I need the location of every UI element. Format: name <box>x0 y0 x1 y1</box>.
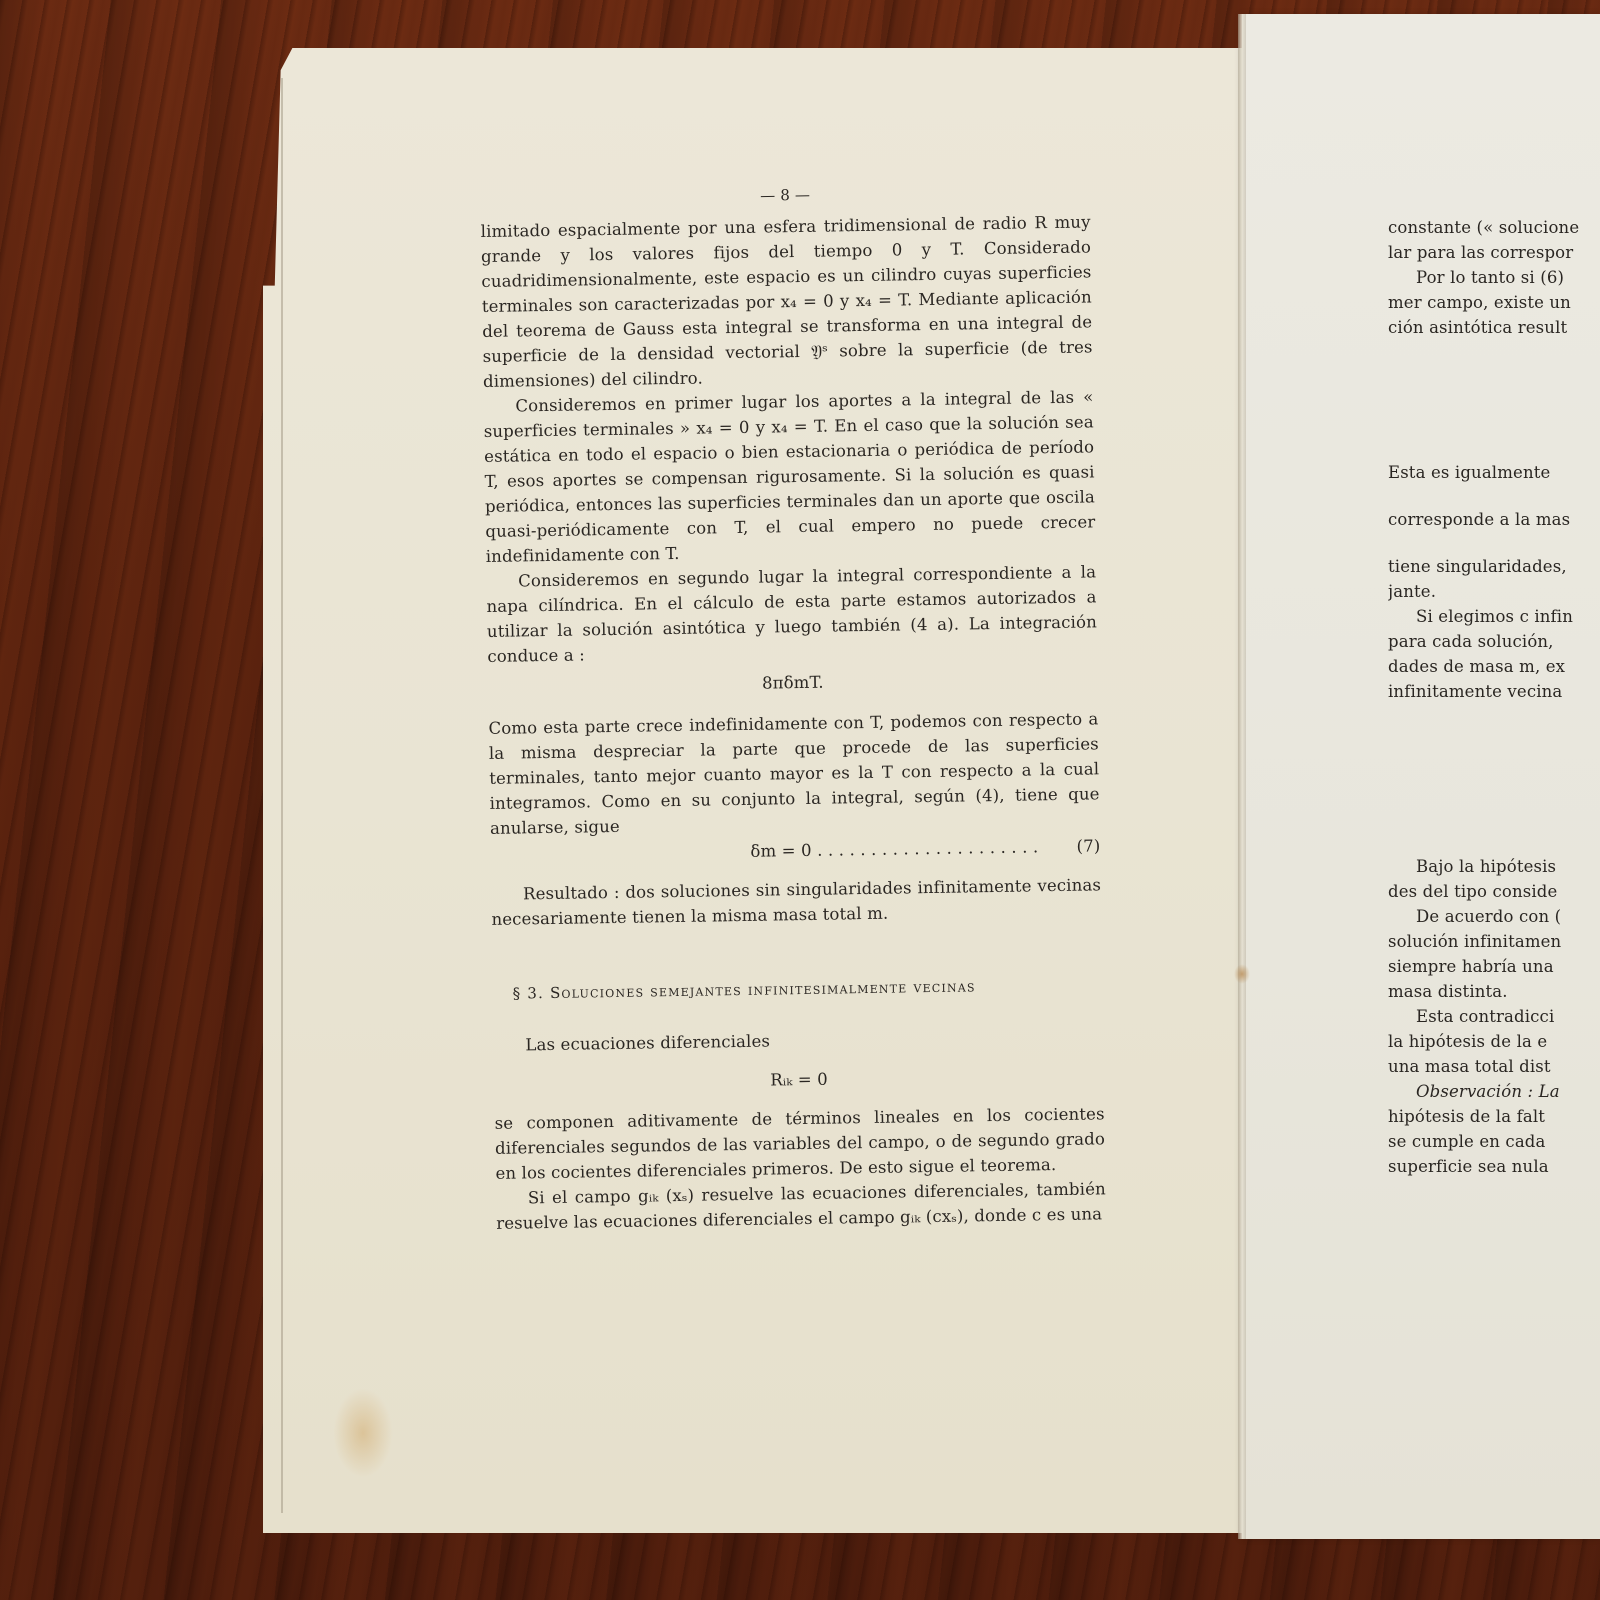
equation-7-number: (7) <box>1076 833 1100 858</box>
right-line: masa distinta. <box>1388 979 1600 1004</box>
paragraph-2: Consideremos en primer lugar los aportes… <box>483 384 1096 569</box>
right-line: una masa total dist <box>1388 1054 1600 1079</box>
right-line: tiene singularidades, <box>1388 554 1600 579</box>
formula-8pi-dm-t: 8πδmT. <box>488 665 1098 700</box>
right-line: infinitamente vecina <box>1388 679 1600 704</box>
right-line: ción asintótica result <box>1388 315 1600 340</box>
paragraph-3: Consideremos en segundo lugar la integra… <box>486 559 1097 669</box>
paper-stain <box>333 1388 393 1478</box>
right-line: hipótesis de la falt <box>1388 1104 1600 1129</box>
right-line: la hipótesis de la e <box>1388 1029 1600 1054</box>
right-line: Esta es igualmente <box>1388 460 1600 485</box>
result-paragraph: Resultado : dos soluciones sin singulari… <box>491 872 1102 932</box>
section-intro: Las ecuaciones diferenciales <box>493 1023 1103 1058</box>
equation-7-expression: δm = 0 . . . . . . . . . . . . . . . . .… <box>750 834 1038 864</box>
paragraph-4: Como esta parte crece indefinidamente co… <box>488 706 1100 841</box>
paragraph-5: se componen aditivamente de términos lin… <box>494 1101 1105 1186</box>
formula-rik: Rᵢₖ = 0 <box>494 1062 1104 1097</box>
right-line: solución infinitamen <box>1388 929 1600 954</box>
right-line: siempre habría una <box>1388 954 1600 979</box>
page-stack-edge <box>281 78 283 1513</box>
right-line: lar para las correspor <box>1388 240 1600 265</box>
section-heading: § 3. Soluciones semejantes infinitesimal… <box>512 972 1102 1006</box>
right-line: Por lo tanto si (6) <box>1388 265 1600 290</box>
right-line: De acuerdo con ( <box>1388 904 1600 929</box>
right-line: para cada solución, <box>1388 629 1600 654</box>
spine-crease <box>1234 964 1250 984</box>
paragraph-1: limitado espacialmente por una esfera tr… <box>480 209 1093 394</box>
left-page-text: — 8 — limitado espacialmente por una esf… <box>480 178 1106 1235</box>
right-line: jante. <box>1388 579 1600 604</box>
right-line: superficie sea nula <box>1388 1154 1600 1179</box>
right-line: constante (« solucione <box>1388 215 1600 240</box>
right-page-text: constante (« solucione lar para las corr… <box>1388 215 1600 1179</box>
book-spine-gutter <box>1238 14 1246 1539</box>
right-line: corresponde a la mas <box>1388 507 1600 532</box>
right-line: se cumple en cada <box>1388 1129 1600 1154</box>
paragraph-6: Si el campo gᵢₖ (xₛ) resuelve las ecuaci… <box>496 1176 1107 1236</box>
right-line: Esta contradicci <box>1388 1004 1600 1029</box>
right-line: dades de masa m, ex <box>1388 654 1600 679</box>
right-line: Si elegimos c infin <box>1388 604 1600 629</box>
right-line: Bajo la hipótesis <box>1388 854 1600 879</box>
right-line: des del tipo conside <box>1388 879 1600 904</box>
right-line: Observación : La <box>1388 1079 1600 1104</box>
right-line: mer campo, existe un <box>1388 290 1600 315</box>
